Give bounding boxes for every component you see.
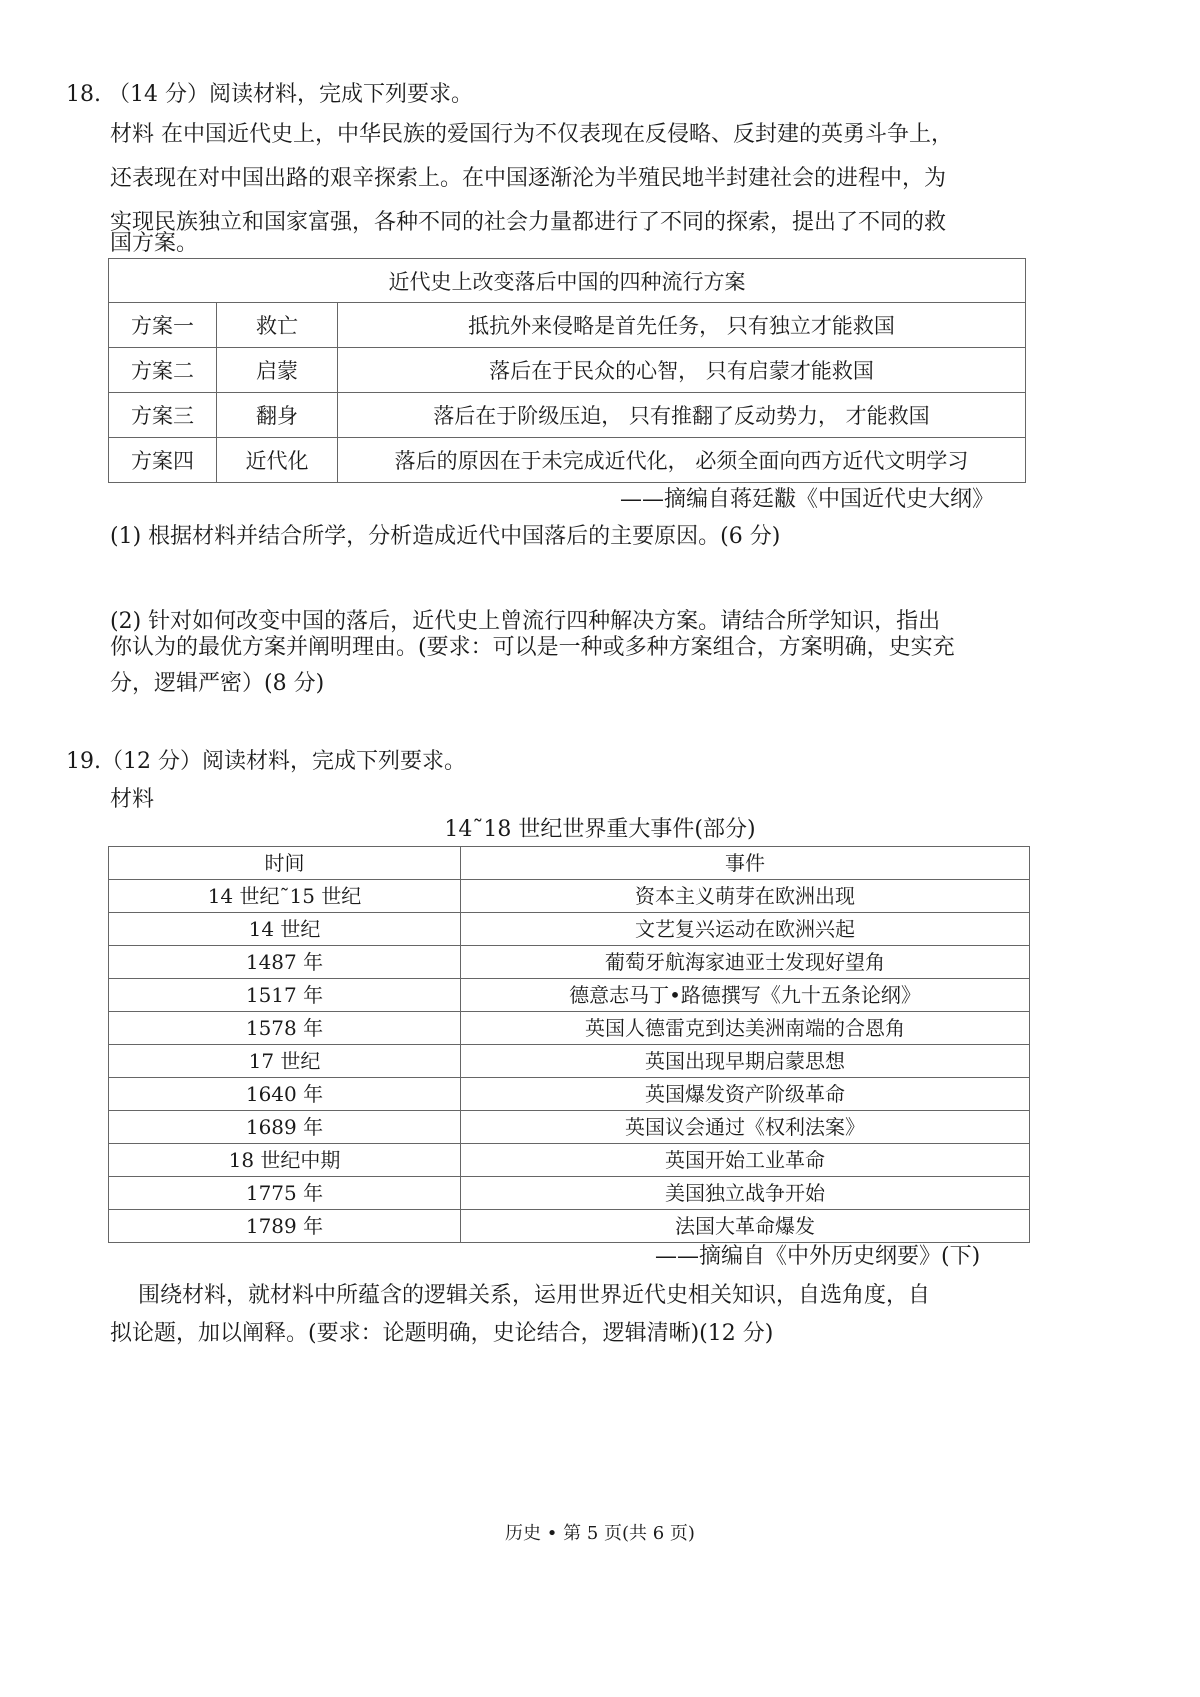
event-description: 文艺复兴运动在欧洲兴起 xyxy=(461,913,1030,946)
column-header-event: 事件 xyxy=(461,847,1030,880)
table-header-row: 时间 事件 xyxy=(109,847,1030,880)
table-row: 14 世纪˜15 世纪资本主义萌芽在欧洲出现 xyxy=(109,880,1030,913)
table-caption: 近代史上改变落后中国的四种流行方案 xyxy=(109,259,1026,303)
event-time: 1578 年 xyxy=(109,1012,461,1045)
plan-content: 落后在于阶级压迫， 只有推翻了反动势力， 才能救国 xyxy=(338,393,1026,438)
event-description: 英国开始工业革命 xyxy=(461,1144,1030,1177)
event-time: 1640 年 xyxy=(109,1078,461,1111)
event-description: 美国独立战争开始 xyxy=(461,1177,1030,1210)
event-description: 资本主义萌芽在欧洲出现 xyxy=(461,880,1030,913)
q18-material-line: 实现民族独立和国家富强，各种不同的社会力量都进行了不同的探索，提出了不同的救 xyxy=(110,208,946,238)
event-time: 18 世纪中期 xyxy=(109,1144,461,1177)
table-row: 1775 年美国独立战争开始 xyxy=(109,1177,1030,1210)
column-header-time: 时间 xyxy=(109,847,461,880)
question-19-heading: 19.（12 分）阅读材料，完成下列要求。 xyxy=(66,747,466,777)
event-time: 1789 年 xyxy=(109,1210,461,1243)
page-footer: 历史 • 第 5 页(共 6 页) xyxy=(0,1521,1200,1547)
table-row: 1578 年英国人德雷克到达美洲南端的合恩角 xyxy=(109,1012,1030,1045)
question-18-heading: 18. （14 分）阅读材料，完成下列要求。 xyxy=(66,80,473,110)
q19-table-title: 14˜18 世纪世界重大事件(部分) xyxy=(0,815,1200,845)
event-time: 1487 年 xyxy=(109,946,461,979)
plan-content: 落后在于民众的心智， 只有启蒙才能救国 xyxy=(338,348,1026,393)
event-time: 14 世纪 xyxy=(109,913,461,946)
event-description: 英国人德雷克到达美洲南端的合恩角 xyxy=(461,1012,1030,1045)
plan-content: 抵抗外来侵略是首先任务， 只有独立才能救国 xyxy=(338,303,1026,348)
table-row: 方案四 近代化 落后的原因在于未完成近代化， 必须全面向西方近代文明学习 xyxy=(109,438,1026,483)
plan-name: 近代化 xyxy=(217,438,338,483)
q18-plans-table: 近代史上改变落后中国的四种流行方案 方案一 救亡 抵抗外来侵略是首先任务， 只有… xyxy=(108,258,1026,483)
event-time: 1775 年 xyxy=(109,1177,461,1210)
q18-source-citation: ——摘编自蒋廷黻《中国近代史大纲》 xyxy=(620,485,994,515)
q18-material-line: 国方案。 xyxy=(110,229,198,259)
plan-label: 方案二 xyxy=(109,348,217,393)
q18-material-line: 还表现在对中国出路的艰辛探索上。在中国逐渐沦为半殖民地半封建社会的进程中，为 xyxy=(110,164,946,194)
table-row: 方案三 翻身 落后在于阶级压迫， 只有推翻了反动势力， 才能救国 xyxy=(109,393,1026,438)
table-row: 方案一 救亡 抵抗外来侵略是首先任务， 只有独立才能救国 xyxy=(109,303,1026,348)
plan-name: 翻身 xyxy=(217,393,338,438)
event-time: 14 世纪˜15 世纪 xyxy=(109,880,461,913)
q19-task-line: 围绕材料，就材料中所蕴含的逻辑关系，运用世界近代史相关知识，自选角度，自 xyxy=(110,1281,930,1311)
table-row: 1689 年英国议会通过《权利法案》 xyxy=(109,1111,1030,1144)
q19-task-line: 拟论题，加以阐释。(要求：论题明确，史论结合，逻辑清晰)(12 分) xyxy=(110,1319,773,1349)
plan-label: 方案四 xyxy=(109,438,217,483)
table-row: 17 世纪英国出现早期启蒙思想 xyxy=(109,1045,1030,1078)
plan-content: 落后的原因在于未完成近代化， 必须全面向西方近代文明学习 xyxy=(338,438,1026,483)
event-description: 法国大革命爆发 xyxy=(461,1210,1030,1243)
q18-subquestion-2-line: 你认为的最优方案并阐明理由。(要求：可以是一种或多种方案组合，方案明确，史实充 xyxy=(110,633,955,663)
q19-material-label: 材料 xyxy=(110,785,154,815)
q18-material-line: 材料 在中国近代史上，中华民族的爱国行为不仅表现在反侵略、反封建的英勇斗争上， xyxy=(110,120,953,150)
table-row: 1487 年葡萄牙航海家迪亚士发现好望角 xyxy=(109,946,1030,979)
table-row: 14 世纪文艺复兴运动在欧洲兴起 xyxy=(109,913,1030,946)
table-row: 1789 年法国大革命爆发 xyxy=(109,1210,1030,1243)
table-row: 方案二 启蒙 落后在于民众的心智， 只有启蒙才能救国 xyxy=(109,348,1026,393)
plan-label: 方案一 xyxy=(109,303,217,348)
event-time: 1517 年 xyxy=(109,979,461,1012)
q18-subquestion-2-line: 分，逻辑严密）(8 分) xyxy=(110,669,324,699)
plan-label: 方案三 xyxy=(109,393,217,438)
q19-events-table: 时间 事件 14 世纪˜15 世纪资本主义萌芽在欧洲出现 14 世纪文艺复兴运动… xyxy=(108,846,1030,1243)
event-time: 1689 年 xyxy=(109,1111,461,1144)
q18-subquestion-1: (1) 根据材料并结合所学，分析造成近代中国落后的主要原因。(6 分) xyxy=(110,522,780,552)
event-description: 英国爆发资产阶级革命 xyxy=(461,1078,1030,1111)
table-row: 18 世纪中期英国开始工业革命 xyxy=(109,1144,1030,1177)
plan-name: 救亡 xyxy=(217,303,338,348)
event-description: 德意志马丁•路德撰写《九十五条论纲》 xyxy=(461,979,1030,1012)
event-description: 葡萄牙航海家迪亚士发现好望角 xyxy=(461,946,1030,979)
event-time: 17 世纪 xyxy=(109,1045,461,1078)
plan-name: 启蒙 xyxy=(217,348,338,393)
event-description: 英国出现早期启蒙思想 xyxy=(461,1045,1030,1078)
table-row: 1640 年英国爆发资产阶级革命 xyxy=(109,1078,1030,1111)
table-row: 1517 年德意志马丁•路德撰写《九十五条论纲》 xyxy=(109,979,1030,1012)
event-description: 英国议会通过《权利法案》 xyxy=(461,1111,1030,1144)
q19-source-citation: ——摘编自《中外历史纲要》(下) xyxy=(655,1242,980,1272)
